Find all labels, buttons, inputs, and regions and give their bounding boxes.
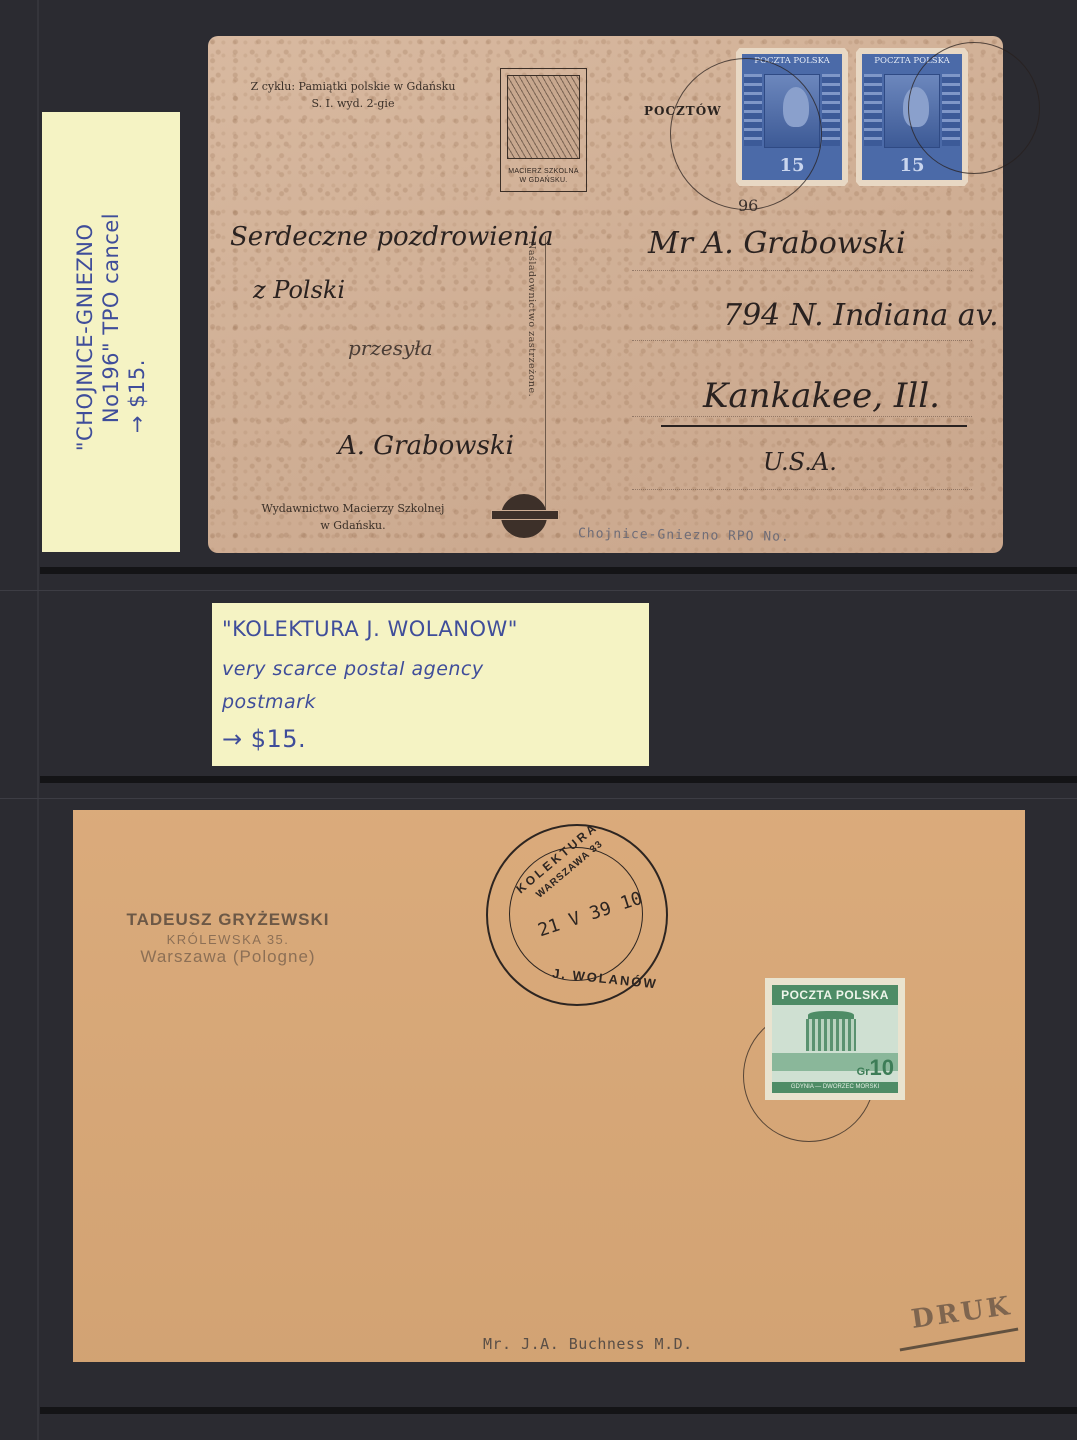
kolektura-postmark: KOLEKTURA WARSZAWA 33 21 V 39 10 J. WOLA… [486, 824, 668, 1006]
label-line: postmark [222, 691, 316, 713]
price-label-kolektura: "KOLEKTURA J. WOLANOW" very scarce posta… [212, 603, 649, 766]
signature: A. Grabowski [338, 431, 514, 461]
emblem-text: W GDAŃSKU. [501, 176, 586, 185]
address-underline [661, 425, 967, 427]
stamp-caption: GDYNIA — DWORZEC MORSKI [772, 1082, 898, 1093]
printer-logo-band [491, 510, 559, 520]
header-line: Z cyklu: Pamiątki polskie w Gdańsku [218, 78, 488, 95]
stamp-title: POCZTA POLSKA [772, 985, 898, 1005]
message-line: Serdeczne pozdrowienia [230, 222, 554, 252]
message-line: przesyła [348, 336, 433, 360]
sender-cachet: TADEUSZ GRYŻEWSKI KRÓLEWSKA 35. Warszawa… [73, 910, 383, 967]
label-price: → $15. [124, 213, 150, 451]
postage-stamp-gdynia: POCZTA POLSKA Gr10 GDYNIA — DWORZEC MORS… [765, 978, 905, 1100]
album-strip-divider [40, 1407, 1077, 1414]
address-line: U.S.A. [763, 448, 837, 476]
station-building-icon [806, 1019, 856, 1051]
album-strip-divider [40, 776, 1077, 783]
stamp-value-number: 10 [870, 1055, 894, 1080]
label-line: No196" TPO cancel [98, 213, 124, 451]
stamp-value: Gr10 [857, 1055, 894, 1081]
druk-handstamp: DRUK [909, 1291, 1014, 1335]
price-label-chojnice: "CHOJNICE-GNIEZNO No196" TPO cancel → $1… [42, 112, 180, 552]
cancel-number: 96 [738, 196, 758, 215]
message-line: z Polski [253, 276, 345, 304]
album-strip-edge [0, 798, 1077, 799]
emblem-illustration [507, 75, 580, 159]
label-line: very scarce postal agency [222, 658, 484, 680]
stamp-currency: Gr [857, 1066, 870, 1078]
publisher-line: w Gdańsku. [218, 517, 488, 534]
album-strip-divider [40, 567, 1077, 574]
album-page-edge [37, 0, 39, 1440]
divider-rule [545, 236, 546, 516]
pencil-annotation: Chojnice-Gniezno RPO No. [578, 526, 790, 545]
label-line: "KOLEKTURA J. WOLANOW" [222, 617, 518, 641]
tpo-cancel [908, 42, 1040, 174]
tpo-cancel [670, 58, 822, 210]
emblem-text: MACIERZ SZKOLNA [501, 167, 586, 176]
publisher-line: Wydawnictwo Macierzy Szkolnej [218, 500, 488, 517]
address-line: Kankakee, Ill. [703, 376, 940, 416]
postcard-header: Z cyklu: Pamiątki polskie w Gdańsku S. I… [218, 78, 488, 112]
album-strip-edge [0, 590, 1077, 591]
divider-text: Naśladownictwo zastrzeżone. [526, 241, 537, 481]
address-line: Mr A. Grabowski [648, 226, 906, 261]
addressee: Mr. J.A. Buchness M.D. [483, 1335, 693, 1353]
cover-envelope: TADEUSZ GRYŻEWSKI KRÓLEWSKA 35. Warszawa… [73, 810, 1025, 1362]
sender-name: TADEUSZ GRYŻEWSKI [73, 910, 383, 930]
sender-street: KRÓLEWSKA 35. [73, 932, 383, 947]
macierz-emblem: MACIERZ SZKOLNA W GDAŃSKU. [500, 68, 587, 192]
postcard: Z cyklu: Pamiątki polskie w Gdańsku S. I… [208, 36, 1003, 553]
address-line: 794 N. Indiana av. [723, 298, 999, 333]
publisher-imprint: Wydawnictwo Macierzy Szkolnej w Gdańsku. [218, 500, 488, 534]
label-line: "CHOJNICE-GNIEZNO [72, 213, 98, 451]
label-price: → $15. [222, 725, 306, 753]
sender-city: Warszawa (Pologne) [73, 947, 383, 967]
header-line: S. I. wyd. 2-gie [218, 95, 488, 112]
